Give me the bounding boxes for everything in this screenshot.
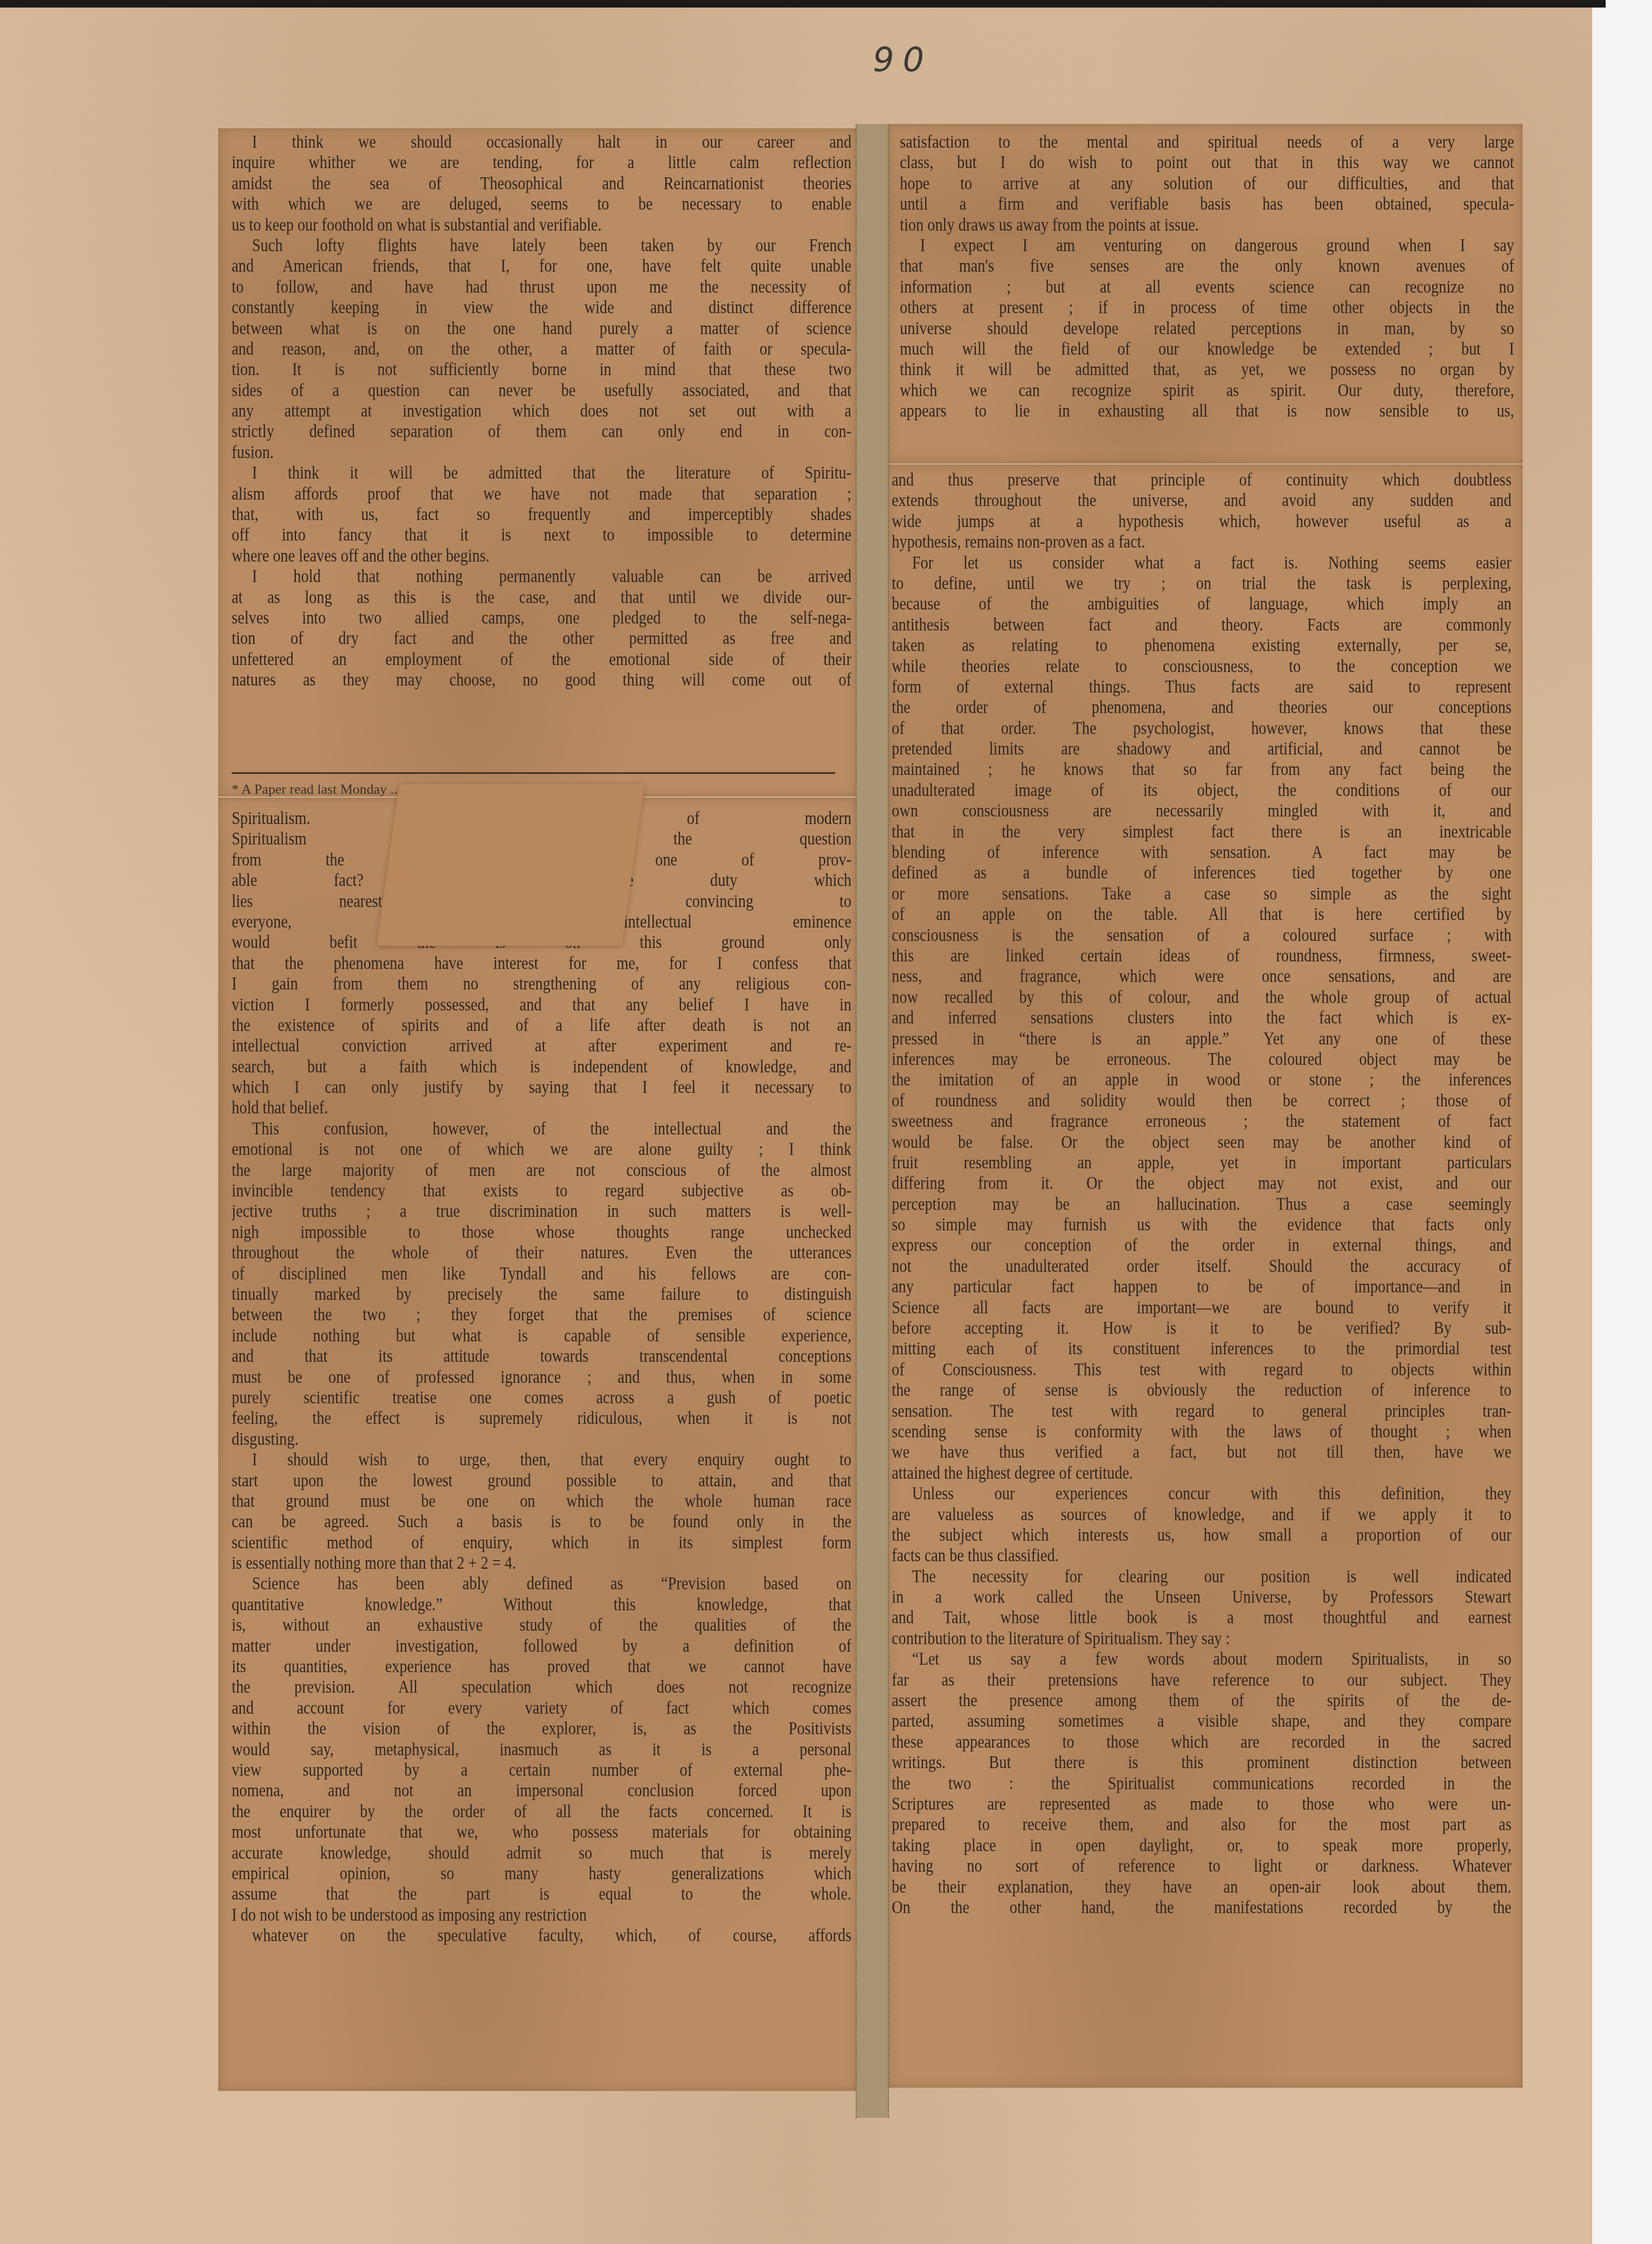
left-column-upper-text: I think we should occasionally halt in o…: [232, 132, 851, 691]
text-line: any attempt at investigation which does …: [232, 401, 851, 421]
text-line: now recalled by this of colour, and the …: [892, 987, 1511, 1008]
text-line: inferences may be erroneous. The coloure…: [892, 1049, 1511, 1070]
text-line: be their explanation, they have an open-…: [892, 1877, 1511, 1897]
text-line: I do not wish to be understood as imposi…: [232, 1905, 851, 1926]
text-line: pretended limits are shadowy and artific…: [892, 739, 1511, 759]
text-line: while theories relate to consciousness, …: [892, 656, 1511, 677]
text-line: parted, assuming sometimes a visible sha…: [892, 1711, 1511, 1732]
text-line: and account for every variety of fact wh…: [232, 1698, 851, 1719]
text-line: that, with us, fact so frequently and im…: [232, 504, 851, 525]
text-line: pressed in “there is an apple.” Yet any …: [892, 1029, 1511, 1049]
text-line: ness, and fragrance, which were once sen…: [892, 966, 1511, 987]
text-line: much will the field of our knowledge be …: [900, 339, 1514, 359]
text-line: assume that the part is equal to the who…: [232, 1884, 851, 1904]
text-line: The necessity for clearing our position …: [892, 1567, 1511, 1587]
text-line: and that its attitude towards transcende…: [232, 1346, 851, 1367]
text-line: tion of dry fact and the other permitted…: [232, 628, 851, 649]
text-line: alism affords proof that we have not mad…: [232, 484, 851, 504]
text-line: perception may be an hallucination. Thus…: [892, 1194, 1511, 1215]
text-line: that the phenomena have interest for me,…: [232, 953, 851, 974]
text-line: “Let us say a few words about modern Spi…: [892, 1649, 1511, 1670]
text-line: tion only draws us away from the points …: [900, 215, 1514, 236]
text-line: prepared to receive them, and also for t…: [892, 1814, 1511, 1835]
text-line: are valueless as sources of knowledge, a…: [892, 1505, 1511, 1525]
text-line: in a work called the Unseen Universe, by…: [892, 1587, 1511, 1608]
text-line: the prevision. All speculation which doe…: [232, 1677, 851, 1698]
text-line: of that order. The psychologist, however…: [892, 718, 1511, 739]
text-line: viction I formerly possessed, and that a…: [232, 995, 851, 1015]
text-line: between the two ; they forget that the p…: [232, 1305, 851, 1325]
text-line: sweetness and fragrance erroneous ; the …: [892, 1111, 1511, 1132]
text-line: disgusting.: [232, 1429, 851, 1450]
text-line: I think it will be admitted that the lit…: [232, 463, 851, 483]
text-line: jective truths ; a true discrimination i…: [232, 1201, 851, 1222]
column-divider-tape: [856, 124, 889, 2118]
text-line: so simple may furnish us with the eviden…: [892, 1215, 1511, 1235]
text-line: the subject which interests us, how smal…: [892, 1525, 1511, 1546]
text-line: most unfortunate that we, who possess ma…: [232, 1822, 851, 1843]
text-line: the enquirer by the order of all the fac…: [232, 1802, 851, 1822]
text-line: nigh impossible to those whose thoughts …: [232, 1222, 851, 1243]
text-line: until a firm and verifiable basis has be…: [900, 194, 1514, 214]
text-line: whatever on the speculative faculty, whi…: [232, 1926, 851, 1946]
text-line: these appearances to those which are rec…: [892, 1732, 1511, 1753]
text-line: fruit resembling an apple, yet in import…: [892, 1153, 1511, 1173]
text-line: scending sense is conformity with the la…: [892, 1422, 1511, 1442]
text-line: mitting each of its constituent inferenc…: [892, 1339, 1511, 1359]
text-line: amidst the sea of Theosophical and Reinc…: [232, 174, 851, 194]
text-line: Such lofty flights have lately been take…: [232, 236, 851, 256]
text-line: the existence of spirits and of a life a…: [232, 1015, 851, 1036]
text-line: to follow, and have had thrust upon me t…: [232, 277, 851, 297]
text-line: others at present ; if in process of tim…: [900, 297, 1514, 318]
text-line: sensation. The test with regard to gener…: [892, 1401, 1511, 1422]
text-line: not the unadulterated order itself. Shou…: [892, 1256, 1511, 1277]
text-line: or more sensations. Take a case so simpl…: [892, 884, 1511, 904]
text-line: I think we should occasionally halt in o…: [232, 132, 851, 153]
text-line: us to keep our foothold on what is subst…: [232, 215, 851, 236]
text-line: unfettered an employment of the emotiona…: [232, 649, 851, 670]
scan-top-border: [0, 0, 1606, 8]
text-line: extends throughout the universe, and avo…: [892, 490, 1511, 511]
text-line: consciousness is the sensation of a colo…: [892, 925, 1511, 946]
text-line: and reason, and, on the other, a matter …: [232, 339, 851, 359]
text-line: at as long as this is the case, and that…: [232, 587, 851, 608]
text-line: wide jumps at a hypothesis which, howeve…: [892, 511, 1511, 532]
text-line: having no sort of reference to light or …: [892, 1856, 1511, 1876]
text-line: Unless our experiences concur with this …: [892, 1484, 1511, 1504]
text-line: and thus preserve that principle of cont…: [892, 470, 1511, 490]
text-line: This confusion, however, of the intellec…: [232, 1119, 851, 1139]
text-line: emotional is not one of which we are alo…: [232, 1139, 851, 1160]
text-line: universe should develope related percept…: [900, 318, 1514, 339]
text-line: can be agreed. Such a basis is to be fou…: [232, 1512, 851, 1532]
text-line: that ground must be one on which the who…: [232, 1491, 851, 1512]
text-line: taken as relating to phenomena existing …: [892, 635, 1511, 656]
text-line: that man's five senses are the only know…: [900, 256, 1514, 276]
text-line: taking place in open daylight, or, to sp…: [892, 1836, 1511, 1856]
text-line: I expect I am venturing on dangerous gro…: [900, 236, 1514, 256]
text-line: the range of sense is obviously the redu…: [892, 1380, 1511, 1401]
text-line: tinually marked by precisely the same fa…: [232, 1284, 851, 1305]
text-line: antithesis between fact and theory. Fact…: [892, 615, 1511, 635]
text-line: where one leaves off and the other begin…: [232, 546, 851, 566]
text-line: strictly defined separation of them can …: [232, 421, 851, 442]
text-line: off into fancy that it is next to imposs…: [232, 525, 851, 545]
text-line: attained the highest degree of certitude…: [892, 1463, 1511, 1484]
text-line: fusion.: [232, 442, 851, 463]
text-line: view supported by a certain number of ex…: [232, 1760, 851, 1781]
text-line: contribution to the literature of Spirit…: [892, 1629, 1511, 1649]
text-line: that in the very simplest fact there is …: [892, 822, 1511, 842]
text-line: defined as a bundle of inferences tied t…: [892, 863, 1511, 883]
text-line: and Tait, whose little book is a most th…: [892, 1608, 1511, 1628]
text-line: maintained ; he knows that so far from a…: [892, 759, 1511, 780]
text-line: scientific method of enquiry, which in i…: [232, 1533, 851, 1553]
text-line: appears to lie in exhausting all that is…: [900, 401, 1514, 421]
text-line: facts can be thus classified.: [892, 1546, 1511, 1566]
left-column-lower-text: Spiritualism. ive feature of modernSpiri…: [232, 808, 851, 1946]
text-line: the order of phenomena, and theories our…: [892, 697, 1511, 718]
text-line: hold that belief.: [232, 1098, 851, 1118]
text-line: empirical opinion, so many hasty general…: [232, 1864, 851, 1884]
text-line: assert the presence among them of the sp…: [892, 1691, 1511, 1711]
text-line: of an apple on the table. All that is he…: [892, 904, 1511, 925]
text-line: would be false. Or the object seen may b…: [892, 1132, 1511, 1153]
text-line: to define, until we try ; on trial the t…: [892, 573, 1511, 594]
page-number: 90: [873, 40, 933, 79]
text-line: Science all facts are important—we are b…: [892, 1298, 1511, 1318]
text-line: the large majority of men are not consci…: [232, 1160, 851, 1181]
text-line: For let us consider what a fact is. Noth…: [892, 553, 1511, 573]
text-line: natures as they may choose, no good thin…: [232, 670, 851, 690]
text-line: any particular fact happen to be of impo…: [892, 1277, 1511, 1297]
text-line: nomena, and not an impersonal conclusion…: [232, 1781, 851, 1801]
text-line: differing from it. Or the object may not…: [892, 1173, 1511, 1194]
text-line: which we can recognize spirit as spirit.…: [900, 380, 1514, 401]
right-column-upper-text: satisfaction to the mental and spiritual…: [900, 132, 1514, 421]
text-line: and American friends, that I, for one, h…: [232, 256, 851, 276]
text-line: tion. It is not sufficiently borne in mi…: [232, 359, 851, 380]
text-line: quantitative knowledge.” Without this kn…: [232, 1595, 851, 1615]
text-line: inquire whither we are tending, for a li…: [232, 153, 851, 173]
text-line: within the vision of the explorer, is, a…: [232, 1719, 851, 1739]
text-line: purely scientific treatise one comes acr…: [232, 1388, 851, 1408]
text-line: of Consciousness. This test with regard …: [892, 1360, 1511, 1380]
text-line: of disciplined men like Tyndall and his …: [232, 1264, 851, 1284]
text-line: class, but I do wish to point out that i…: [900, 153, 1514, 173]
text-line: writings. But there is this prominent di…: [892, 1753, 1511, 1773]
text-line: Scriptures are represented as made to th…: [892, 1794, 1511, 1814]
text-line: selves into two allied camps, one pledge…: [232, 608, 851, 628]
paper-patch-repair: [377, 784, 644, 946]
text-line: I hold that nothing permanently valuable…: [232, 566, 851, 587]
text-line: intellectual conviction arrived at after…: [232, 1036, 851, 1056]
text-line: because of the ambiguities of language, …: [892, 594, 1511, 614]
text-line: invincible tendency that exists to regar…: [232, 1181, 851, 1201]
text-line: must be one of professed ignorance ; and…: [232, 1367, 851, 1388]
text-line: matter under investigation, followed by …: [232, 1636, 851, 1657]
text-line: the two : the Spiritualist communication…: [892, 1774, 1511, 1794]
text-line: express our conception of the order in e…: [892, 1235, 1511, 1256]
text-line: include nothing but what is capable of s…: [232, 1326, 851, 1346]
text-line: accurate knowledge, should admit so much…: [232, 1843, 851, 1864]
text-line: before accepting it. How is it to be ver…: [892, 1318, 1511, 1339]
text-line: satisfaction to the mental and spiritual…: [900, 132, 1514, 153]
text-line: blending of inference with sensation. A …: [892, 842, 1511, 863]
text-line: between what is on the one hand purely a…: [232, 318, 851, 339]
text-line: is essentially nothing more than that 2 …: [232, 1553, 851, 1574]
text-line: far as their pretensions have reference …: [892, 1670, 1511, 1691]
text-line: would say, metaphysical, inasmuch as it …: [232, 1740, 851, 1760]
text-line: information ; but at all events science …: [900, 277, 1514, 297]
text-line: I gain from them no strengthening of any…: [232, 974, 851, 994]
text-line: of roundness and solidity would then be …: [892, 1091, 1511, 1111]
text-line: Science has been ably defined as “Previs…: [232, 1574, 851, 1594]
text-line: form of external things. Thus facts are …: [892, 677, 1511, 697]
text-line: is, without an exhaustive study of the q…: [232, 1615, 851, 1636]
text-line: and inferred sensations clusters into th…: [892, 1008, 1511, 1028]
right-column-lower-text: and thus preserve that principle of cont…: [892, 470, 1511, 1918]
text-line: with which we are deluged, seems to be n…: [232, 194, 851, 214]
text-line: the imitation of an apple in wood or sto…: [892, 1070, 1511, 1090]
text-line: its quantities, experience has proved th…: [232, 1657, 851, 1677]
text-line: start upon the lowest ground possible to…: [232, 1471, 851, 1491]
text-line: own consciousness are necessarily mingle…: [892, 801, 1511, 821]
text-line: sides of a question can never be usefull…: [232, 380, 851, 401]
text-line: unadulterated image of its object, the c…: [892, 780, 1511, 801]
text-line: which I can only justify by saying that …: [232, 1077, 851, 1098]
text-line: search, but a faith which is independent…: [232, 1057, 851, 1077]
text-line: feeling, the effect is supremely ridicul…: [232, 1408, 851, 1429]
text-line: constantly keeping in view the wide and …: [232, 297, 851, 318]
text-line: hope to arrive at any solution of our di…: [900, 174, 1514, 194]
text-line: I should wish to urge, then, that every …: [232, 1450, 851, 1470]
text-line: throughout the whole of their natures. E…: [232, 1243, 851, 1263]
text-line: this are linked certain ideas of roundne…: [892, 946, 1511, 966]
text-line: we have thus verified a fact, but not ti…: [892, 1442, 1511, 1463]
text-line: hypothesis, remains non-proven as a fact…: [892, 532, 1511, 552]
text-line: think it will be admitted that, as yet, …: [900, 359, 1514, 380]
text-line: On the other hand, the manifestations re…: [892, 1897, 1511, 1918]
footnote-rule: [232, 772, 835, 774]
